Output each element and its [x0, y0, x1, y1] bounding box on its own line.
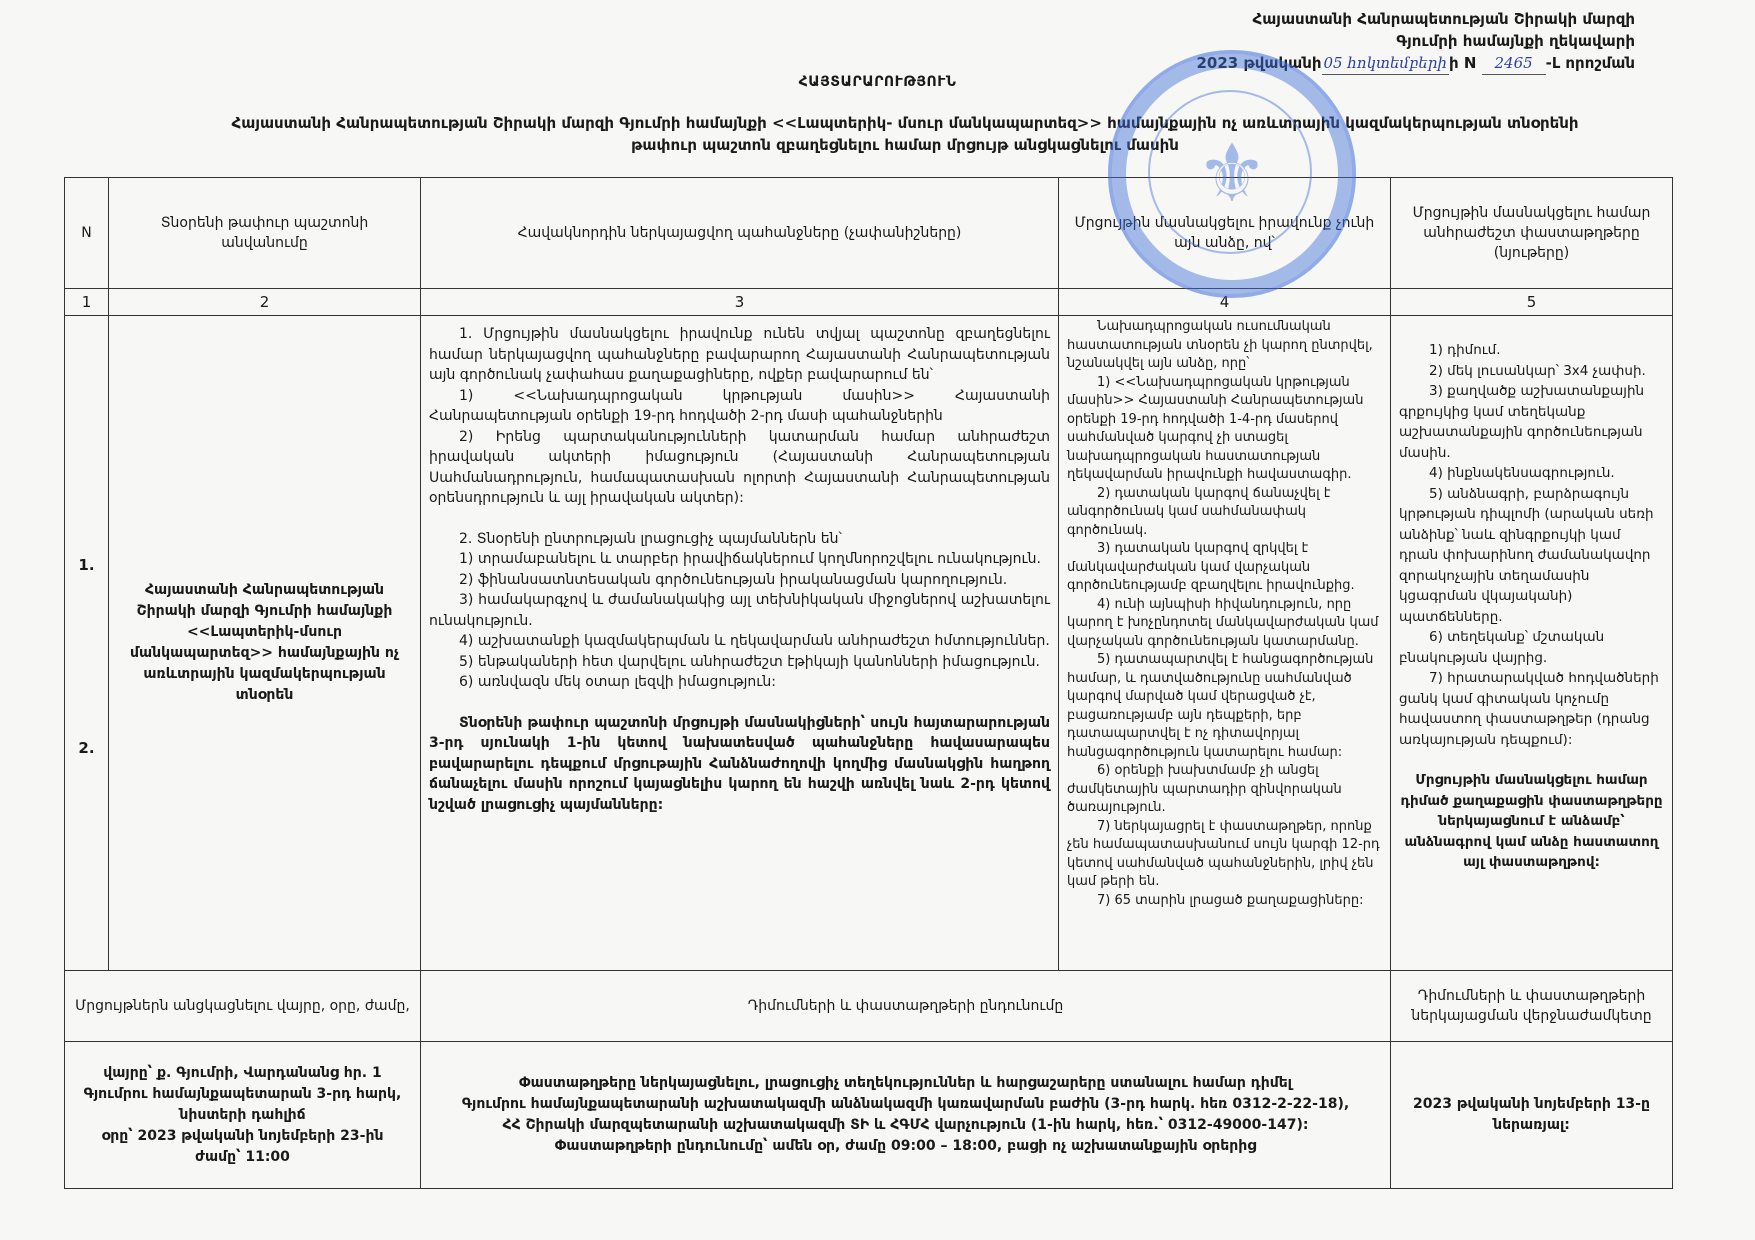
column-number-row: 1 2 3 4 5	[65, 289, 1673, 316]
document-title: ՀԱՅՏԱՐԱՐՈՒԹՅՈՒՆ	[0, 74, 1755, 90]
footer-body-row: վայրը՝ ք. Գյումրի, Վարդանանց հր. 1 Գյում…	[65, 1042, 1673, 1189]
venue-time: ժամը՝ 11:00	[73, 1147, 412, 1168]
additional-condition: 1) տրամաբանելու և տարբեր իրավիճակներում …	[429, 549, 1050, 570]
row-number-cell: 1. 2.	[65, 316, 109, 971]
column-number: 4	[1059, 289, 1391, 316]
venue-date: օրը՝ 2023 թվականի նոյեմբերի 23-ին	[73, 1126, 412, 1147]
deadline-header: Դիմումների և փաստաթղթերի ներկայացման վեր…	[1391, 971, 1673, 1042]
requirements-cell: 1. Մրցույթին մասնակցելու իրավունք ունեն …	[421, 316, 1059, 971]
header-row: N Տնօրենի թափուր պաշտոնի անվանումը Հավակ…	[65, 178, 1673, 289]
additional-condition: 5) ենթակաների հետ վարվելու անհրաժեշտ էթի…	[429, 652, 1050, 673]
row-number-1: 1.	[65, 556, 108, 574]
ineligible-item: 6) օրենքի խախտմամբ չի անցել ժամկետային պ…	[1067, 762, 1382, 818]
handwritten-number: 2465	[1482, 52, 1546, 75]
documents-cell: 1) դիմում. 2) մեկ լուսանկար՝ 3x4 չափսի. …	[1391, 316, 1673, 971]
ineligible-item: 7) 65 տարին լրացած քաղաքացիները:	[1067, 892, 1382, 911]
documents-note: Մրցույթին մասնակցելու համար դիմած քաղաքա…	[1399, 770, 1664, 873]
additional-condition: 2) ֆինանսատնտեսական գործունեության իրակա…	[429, 570, 1050, 591]
acceptance-line: Գյումրու համայնքապետարանի աշխատակազմի ան…	[429, 1094, 1382, 1115]
requirement-p1-2: 2) Իրենց պարտականությունների կատարման հա…	[429, 427, 1050, 509]
requirement-p2: 2. Տնօրենի ընտրության լրացուցիչ պայմաննե…	[429, 529, 1050, 550]
deadline-cell: 2023 թվականի նոյեմբերի 13-ը ներառյալ:	[1391, 1042, 1673, 1189]
additional-condition: 4) աշխատանքի կազմակերպման և ղեկավարման ա…	[429, 631, 1050, 652]
acceptance-line: ՀՀ Շիրակի մարզպետարանի աշխատակազմի ՏԻ և …	[429, 1115, 1382, 1136]
appendix-suffix: -Լ որոշման	[1546, 54, 1635, 72]
header-position: Տնօրենի թափուր պաշտոնի անվանումը	[109, 178, 421, 289]
row-number-2: 2.	[65, 739, 108, 757]
handwritten-date: 05 հոկտեմբերի	[1322, 52, 1449, 75]
document-item: 2) մեկ լուսանկար՝ 3x4 չափսի.	[1399, 361, 1664, 382]
document-subtitle: Հայաստանի Հանրապետության Շիրակի մարզի Գյ…	[190, 112, 1620, 156]
subtitle-line-1: Հայաստանի Հանրապետության Շիրակի մարզի Գյ…	[190, 112, 1620, 134]
ineligible-item: 2) դատական կարգով ճանաչվել է անգործունակ…	[1067, 485, 1382, 541]
column-number: 5	[1391, 289, 1673, 316]
acceptance-cell: Փաստաթղթերը ներկայացնելու, լրացուցիչ տեղ…	[421, 1042, 1391, 1189]
body-row: 1. 2. Հայաստանի Հանրապետության Շիրակի մա…	[65, 316, 1673, 971]
column-number: 1	[65, 289, 109, 316]
announcement-table: N Տնօրենի թափուր պաշտոնի անվանումը Հավակ…	[64, 177, 1673, 1189]
ineligible-item: 5) դատապարտվել է հանցագործության համար, …	[1067, 651, 1382, 762]
deadline-suffix: ներառյալ:	[1399, 1115, 1664, 1136]
acceptance-hours: Փաստաթղթերի ընդունումը՝ ամեն օր, ժամը 09…	[429, 1136, 1382, 1157]
subtitle-line-2: թափուր պաշտոն զբաղեցնելու համար մրցույթ …	[190, 134, 1620, 156]
header-ineligible: Մրցույթին մասնակցելու իրավունք չունի այն…	[1059, 178, 1391, 289]
ineligible-item: 4) ունի այնպիսի հիվանդություն, որը կարող…	[1067, 596, 1382, 652]
appendix-line-2: Գյումրի համայնքի ղեկավարի	[1196, 30, 1635, 52]
venue-header: Մրցույթներն անցկացնելու վայրը, օրը, ժամը…	[65, 971, 421, 1042]
header-requirements: Հավակնորդին ներկայացվող պահանջները (չափա…	[421, 178, 1059, 289]
venue-line: Գյումրու համայնքապետարան 3-րդ հարկ,	[73, 1084, 412, 1105]
document-page: Հայաստանի Հանրապետության Շիրակի մարզի Գյ…	[0, 0, 1755, 1240]
column-number: 2	[109, 289, 421, 316]
requirement-p1: 1. Մրցույթին մասնակցելու իրավունք ունեն …	[429, 324, 1050, 386]
appendix-year: 2023 թվականի	[1196, 54, 1321, 72]
header-documents: Մրցույթին մասնակցելու համար անհրաժեշտ փա…	[1391, 178, 1673, 289]
appendix-n-label: ի N	[1449, 54, 1476, 72]
document-item: 5) անձնագրի, բարձրագույն կրթության դիպլո…	[1399, 484, 1664, 628]
venue-line: նիստերի դահլիճ	[73, 1105, 412, 1126]
acceptance-line: Փաստաթղթերը ներկայացնելու, լրացուցիչ տեղ…	[429, 1073, 1382, 1094]
document-item: 3) քաղվածք աշխատանքային գրքույկից կամ տե…	[1399, 381, 1664, 463]
header-n: N	[65, 178, 109, 289]
appendix-header: Հայաստանի Հանրապետության Շիրակի մարզի Գյ…	[1196, 8, 1635, 75]
requirements-note: Տնօրենի թափուր պաշտոնի մրցույթի մասնակից…	[429, 713, 1050, 816]
document-item: 4) ինքնակենսագրություն.	[1399, 463, 1664, 484]
venue-cell: վայրը՝ ք. Գյումրի, Վարդանանց հր. 1 Գյում…	[65, 1042, 421, 1189]
ineligible-cell: Նախադպրոցական ուսումնական հաստատության տ…	[1059, 316, 1391, 971]
deadline-date: 2023 թվականի նոյեմբերի 13-ը	[1399, 1094, 1664, 1115]
ineligible-intro: Նախադպրոցական ուսումնական հաստատության տ…	[1067, 318, 1382, 374]
document-item: 7) հրատարակված հոդվածների ցանկ կամ գիտակ…	[1399, 668, 1664, 750]
additional-condition: 6) առնվազն մեկ օտար լեզվի իմացություն:	[429, 672, 1050, 693]
position-name-cell: Հայաստանի Հանրապետության Շիրակի մարզի Գյ…	[109, 316, 421, 971]
column-number: 3	[421, 289, 1059, 316]
appendix-line-3: 2023 թվականի05 հոկտեմբերիի N 2465-Լ որոշ…	[1196, 52, 1635, 75]
venue-line: վայրը՝ ք. Գյումրի, Վարդանանց հր. 1	[73, 1063, 412, 1084]
footer-header-row: Մրցույթներն անցկացնելու վայրը, օրը, ժամը…	[65, 971, 1673, 1042]
document-item: 1) դիմում.	[1399, 340, 1664, 361]
ineligible-item: 1) <<Նախադպրոցական կրթության մասին>> Հայ…	[1067, 374, 1382, 485]
additional-condition: 3) համակարգչով և ժամանակակից այլ տեխնիկա…	[429, 590, 1050, 631]
document-item: 6) տեղեկանք՝ մշտական բնակության վայրից.	[1399, 627, 1664, 668]
requirement-p1-1: 1) <<Նախադպրոցական կրթության մասին>> Հայ…	[429, 386, 1050, 427]
ineligible-item: 3) դատական կարգով զրկվել է մանկավարժական…	[1067, 540, 1382, 596]
ineligible-item: 7) ներկայացրել է փաստաթղթեր, որոնք չեն հ…	[1067, 818, 1382, 892]
appendix-line-1: Հայաստանի Հանրապետության Շիրակի մարզի	[1196, 8, 1635, 30]
position-name: Հայաստանի Հանրապետության Շիրակի մարզի Գյ…	[117, 580, 412, 706]
acceptance-header: Դիմումների և փաստաթղթերի ընդունումը	[421, 971, 1391, 1042]
